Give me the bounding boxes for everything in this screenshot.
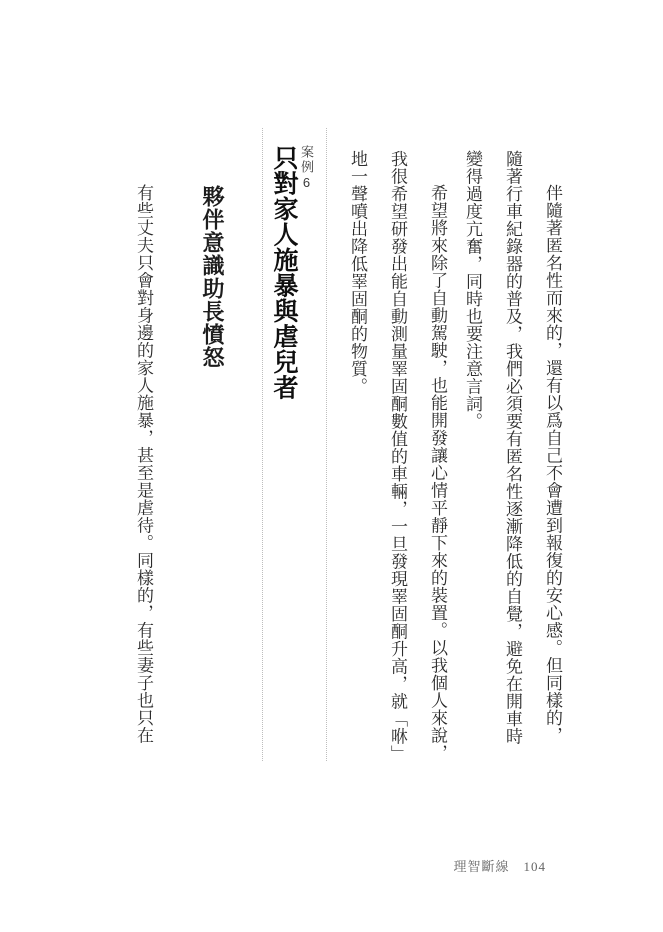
subheading: 夥伴意識助長憤怒 [199, 185, 225, 369]
text-column: 希望將來除了自動駕駛，也能開發讓心情平靜下來的裝置。以我個人來說， [417, 150, 457, 754]
book-title: 理智斷線 [453, 856, 509, 875]
text-column: 隨著行車紀錄器的普及，我們必須要有匿名性逐漸降低的自覺，避免在開車時 [492, 150, 532, 754]
footer: 理智斷線 104 [453, 856, 546, 875]
body-paragraph-1: 伴隨著匿名性而來的，還有以爲自己不會遭到報復的安心感。但同樣的， 隨著行車紀錄器… [452, 150, 572, 754]
paragraph-text: 希望將來除了自動駕駛，也能開發讓心情平靜下來的裝置。以我個人來說， 我很希望研發… [337, 150, 457, 754]
page-number: 104 [524, 859, 547, 875]
body-paragraph-2: 希望將來除了自動駕駛，也能開發讓心情平靜下來的裝置。以我個人來說， 我很希望研發… [337, 150, 457, 754]
body-paragraph-3: 有些丈夫只會對身邊的家人施暴，甚至是虐待。同樣的，有些妻子也只在 [123, 150, 163, 754]
book-page: 伴隨著匿名性而來的，還有以爲自己不會遭到報復的安心感。但同樣的， 隨著行車紀錄器… [0, 0, 663, 932]
text-column: 伴隨著匿名性而來的，還有以爲自己不會遭到報復的安心感。但同樣的， [532, 150, 572, 754]
paragraph-text: 伴隨著匿名性而來的，還有以爲自己不會遭到報復的安心感。但同樣的， 隨著行車紀錄器… [452, 150, 572, 754]
text-column: 我很希望研發出能自動測量睪固酮數值的車輛，一旦發現睪固酮升高，就「咻」 [377, 150, 417, 754]
section-title: 只對家人施暴與虐兒者 [269, 145, 299, 761]
text-column: 變得過度亢奮，同時也要注意言詞。 [452, 150, 492, 754]
paragraph-text: 有些丈夫只會對身邊的家人施暴，甚至是虐待。同樣的，有些妻子也只在 [123, 150, 163, 754]
section-case-label: 案例6 [299, 145, 314, 761]
section-header: 案例6 只對家人施暴與虐兒者 [262, 128, 326, 761]
dotted-rule-right [326, 128, 327, 761]
text-column: 有些丈夫只會對身邊的家人施暴，甚至是虐待。同樣的，有些妻子也只在 [123, 150, 163, 754]
text-column: 地一聲噴出降低睪固酮的物質。 [337, 150, 377, 754]
